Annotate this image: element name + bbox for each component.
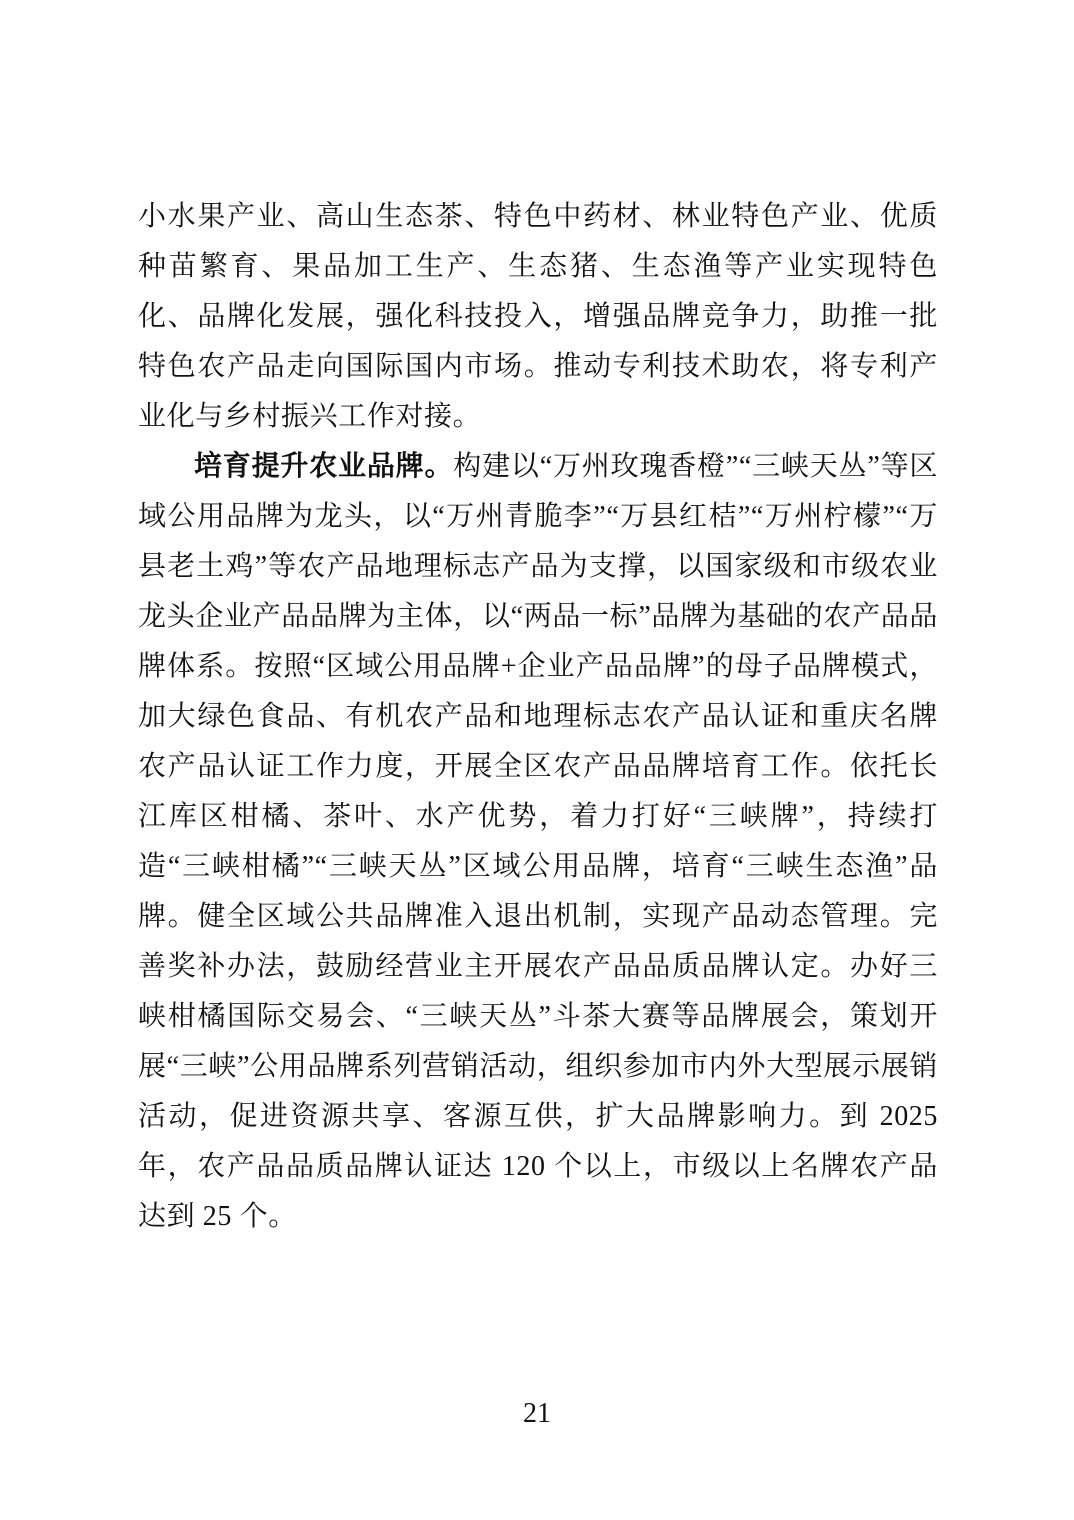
document-body: 小水果产业、高山生态茶、特色中药材、林业特色产业、优质种苗繁育、果品加工生产、生… xyxy=(138,192,938,1242)
paragraph-text: 构建以“万州玫瑰香橙”“三峡天丛”等区域公用品牌为龙头，以“万州青脆李”“万县红… xyxy=(138,451,938,1232)
page-number: 21 xyxy=(523,1398,551,1429)
paragraph-agricultural-brands: 培育提升农业品牌。构建以“万州玫瑰香橙”“三峡天丛”等区域公用品牌为龙头，以“万… xyxy=(138,442,938,1242)
paragraph-text: 小水果产业、高山生态茶、特色中药材、林业特色产业、优质种苗繁育、果品加工生产、生… xyxy=(138,201,938,432)
paragraph-lead-heading: 培育提升农业品牌。 xyxy=(194,451,453,482)
page-footer: 21 xyxy=(0,1398,1074,1430)
document-page: 小水果产业、高山生态茶、特色中药材、林业特色产业、优质种苗繁育、果品加工生产、生… xyxy=(0,0,1074,1520)
paragraph-continuation: 小水果产业、高山生态茶、特色中药材、林业特色产业、优质种苗繁育、果品加工生产、生… xyxy=(138,192,938,442)
